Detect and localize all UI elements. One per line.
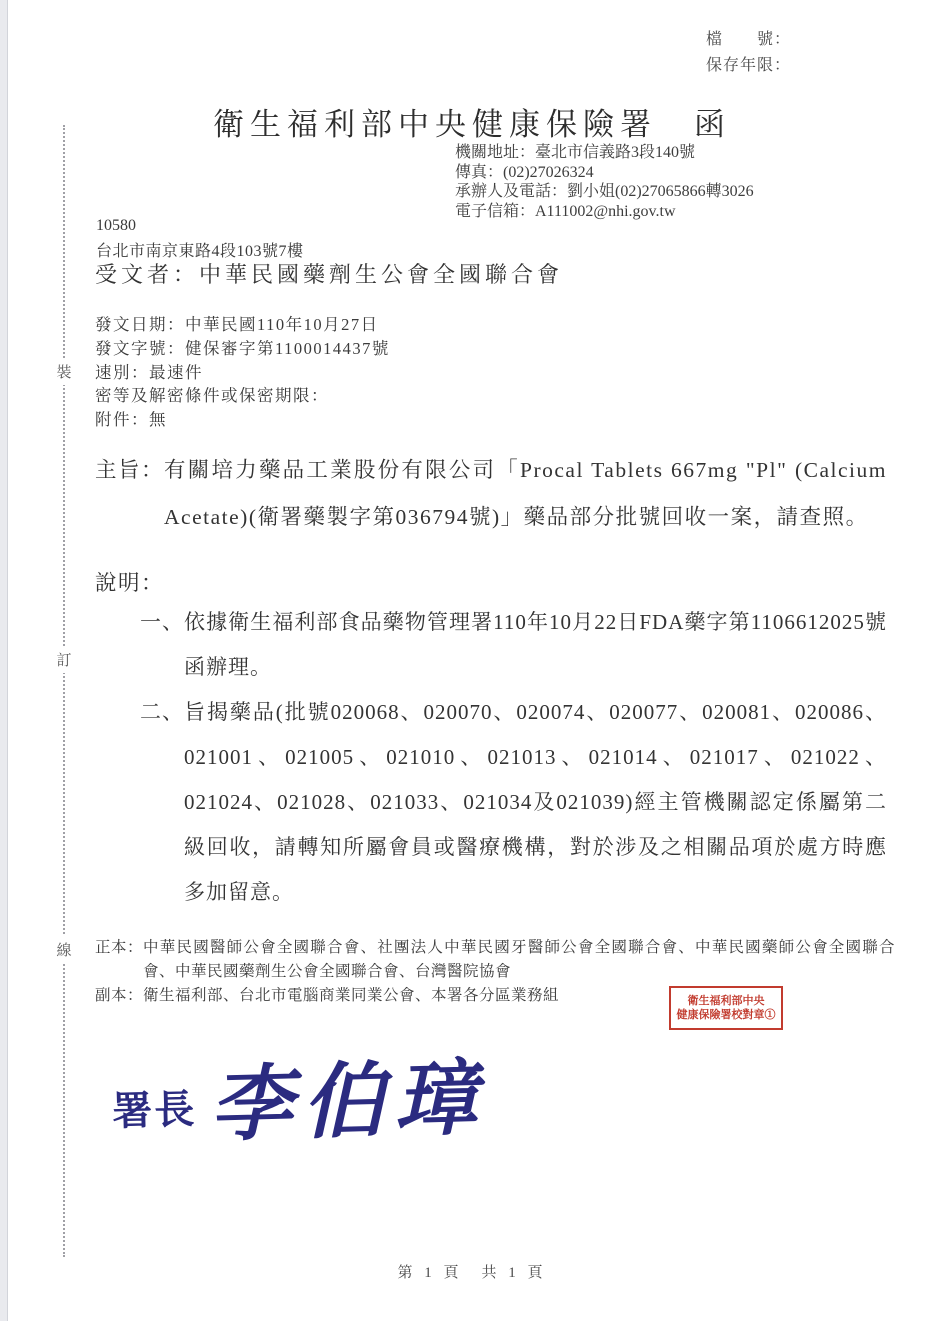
document-meta-block: 發文日期：中華民國110年10月27日 發文字號：健保審字第1100014437…	[95, 313, 390, 432]
copy-recipients-label: 副本：	[95, 984, 143, 1008]
original-recipients-label: 正本：	[95, 936, 143, 984]
description-item-1-number: 一、	[140, 600, 184, 690]
description-item-2: 二、 旨揭藥品(批號020068、020070、020074、020077、02…	[140, 690, 887, 915]
binding-dotted-line	[63, 125, 65, 1257]
binding-char-ding: 訂	[53, 646, 75, 673]
file-number-label: 檔 號：	[706, 27, 791, 53]
secrecy-class: 密等及解密條件或保密期限：	[95, 384, 390, 408]
description-item-1: 一、 依據衛生福利部食品藥物管理署110年10月22日FDA藥字第1106612…	[140, 600, 887, 690]
document-title: 衛生福利部中央健康保險署 函	[0, 99, 944, 144]
recipient-line: 受文者：中華民國藥劑生公會全國聯合會	[95, 258, 563, 289]
issue-number: 發文字號：健保審字第1100014437號	[95, 337, 390, 361]
recipient-zip: 10580	[96, 217, 136, 235]
binding-char-xian: 線	[53, 936, 75, 963]
issue-date: 發文日期：中華民國110年10月27日	[95, 313, 390, 337]
subject-section: 主旨： 有關培力藥品工業股份有限公司「Procal Tablets 667mg …	[95, 447, 887, 541]
page-number-footer: 第 1 頁 共 1 頁	[0, 1261, 944, 1282]
agency-contact-person: 承辦人及電話：劉小姐(02)27065866轉3026	[455, 182, 754, 202]
subject-text: 有關培力藥品工業股份有限公司「Procal Tablets 667mg "Pl"…	[164, 447, 887, 541]
description-item-1-text: 依據衛生福利部食品藥物管理署110年10月22日FDA藥字第1106612025…	[184, 600, 887, 690]
original-recipients-row: 正本： 中華民國醫師公會全國聯合會、社團法人中華民國牙醫師公會全國聯合會、中華民…	[95, 936, 895, 984]
agency-contact-block: 機關地址：臺北市信義路3段140號 傳真：(02)27026324 承辦人及電話…	[455, 143, 754, 221]
signer-title: 署長	[112, 1078, 197, 1137]
proofreading-stamp: 衛生福利部中央 健康保險署校對章①	[669, 986, 783, 1030]
binding-char-zhuang: 裝	[53, 358, 75, 385]
description-item-2-number: 二、	[140, 690, 184, 915]
stamp-line-1: 衛生福利部中央	[688, 994, 765, 1008]
agency-email: 電子信箱：A111002@nhi.gov.tw	[455, 202, 754, 222]
retention-period-label: 保存年限：	[706, 53, 791, 79]
description-label: 說明：	[95, 566, 164, 597]
agency-address: 機關地址：臺北市信義路3段140號	[455, 143, 754, 163]
scanned-official-letter: 裝 訂 線 檔 號： 保存年限： 衛生福利部中央健康保險署 函 機關地址：臺北市…	[0, 0, 944, 1321]
stamp-line-2: 健康保險署校對章①	[677, 1008, 776, 1022]
attachment-note: 附件：無	[95, 408, 390, 432]
original-recipients-text: 中華民國醫師公會全國聯合會、社團法人中華民國牙醫師公會全國聯合會、中華民國藥師公…	[143, 936, 895, 984]
speed-class: 速別：最速件	[95, 361, 390, 385]
scan-edge-strip	[0, 0, 8, 1321]
description-item-2-text: 旨揭藥品(批號020068、020070、020074、020077、02008…	[184, 690, 887, 915]
agency-fax: 傳真：(02)27026324	[455, 163, 754, 183]
signature-block: 署長 李伯璋	[111, 1033, 488, 1160]
subject-label: 主旨：	[95, 447, 164, 541]
file-number-block: 檔 號： 保存年限：	[706, 27, 791, 79]
signer-name-calligraphy: 李伯璋	[208, 1033, 487, 1157]
